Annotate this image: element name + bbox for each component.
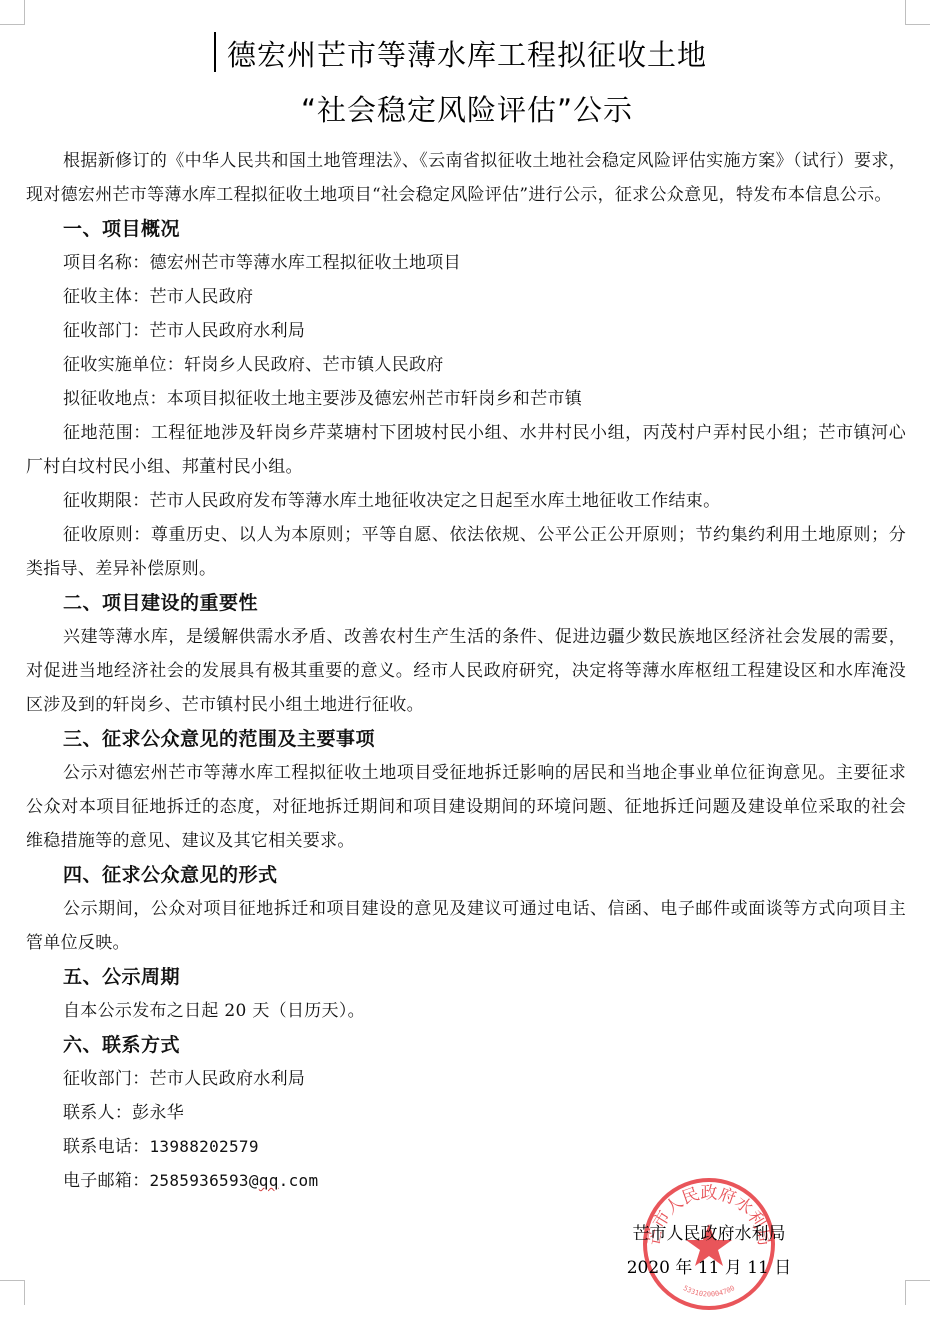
section-heading-period: 五、公示周期 bbox=[26, 960, 906, 994]
contact-phone-label: 联系电话： bbox=[63, 1137, 150, 1157]
page-corner-mark-top-left bbox=[0, 0, 25, 25]
page-corner-mark-bottom-left bbox=[0, 1280, 25, 1305]
implementing-units: 征收实施单位：轩岗乡人民政府、芒市镇人民政府 bbox=[26, 348, 906, 382]
section-heading-contact: 六、联系方式 bbox=[26, 1028, 906, 1062]
spellcheck-flagged-word[interactable]: qq bbox=[259, 1171, 279, 1190]
intro-paragraph: 根据新修订的《中华人民共和国土地管理法》、《云南省拟征收土地社会稳定风险评估实施… bbox=[26, 144, 906, 212]
document-body[interactable]: 根据新修订的《中华人民共和国土地管理法》、《云南省拟征收土地社会稳定风险评估实施… bbox=[26, 144, 906, 1198]
expropriation-department: 征收部门：芒市人民政府水利局 bbox=[26, 314, 906, 348]
official-seal-icon: 芒市人民政府水利局 5331020004700 bbox=[641, 1176, 777, 1312]
period-paragraph: 自本公示发布之日起 20 天（日历天）。 bbox=[26, 994, 906, 1028]
svg-text:5331020004700: 5331020004700 bbox=[682, 1284, 736, 1298]
section-heading-scope: 三、征求公众意见的范围及主要事项 bbox=[26, 722, 906, 756]
contact-department-value: 芒市人民政府水利局 bbox=[150, 1069, 306, 1089]
document-title-line-2[interactable]: “社会稳定风险评估”公示 bbox=[0, 88, 934, 129]
contact-email-tail: .com bbox=[279, 1171, 319, 1190]
contact-department: 征收部门：芒市人民政府水利局 bbox=[26, 1062, 906, 1096]
contact-department-label: 征收部门： bbox=[63, 1069, 150, 1089]
contact-person-value: 彭永华 bbox=[132, 1103, 184, 1123]
section-heading-importance: 二、项目建设的重要性 bbox=[26, 586, 906, 620]
page-corner-mark-top-right bbox=[905, 0, 930, 25]
form-paragraph: 公示期间，公众对项目征地拆迁和项目建设的意见及建议可通过电话、信函、电子邮件或面… bbox=[26, 892, 906, 960]
project-name: 项目名称：德宏州芒市等薄水库工程拟征收土地项目 bbox=[26, 246, 906, 280]
expropriation-principles: 征收原则：尊重历史、以人为本原则；平等自愿、依法依规、公平公正公开原则；节约集约… bbox=[26, 518, 906, 586]
section-heading-form: 四、征求公众意见的形式 bbox=[26, 858, 906, 892]
section-heading-overview: 一、项目概况 bbox=[26, 212, 906, 246]
contact-person: 联系人：彭永华 bbox=[26, 1096, 906, 1130]
expropriation-scope: 征地范围：工程征地涉及轩岗乡芹菜塘村下团坡村民小组、水井村民小组，丙茂村户弄村民… bbox=[26, 416, 906, 484]
importance-paragraph: 兴建等薄水库，是缓解供需水矛盾、改善农村生产生活的条件、促进边疆少数民族地区经济… bbox=[26, 620, 906, 722]
document-title-line-1[interactable]: 德宏州芒市等薄水库工程拟征收土地 bbox=[0, 33, 934, 74]
signature-organization: 芒市人民政府水利局 bbox=[619, 1219, 799, 1244]
contact-email-user: 2585936593@ bbox=[150, 1171, 259, 1190]
expropriation-period: 征收期限：芒市人民政府发布等薄水库土地征收决定之日起至水库土地征收工作结束。 bbox=[26, 484, 906, 518]
contact-email-label: 电子邮箱： bbox=[63, 1171, 150, 1191]
contact-phone-value: 13988202579 bbox=[150, 1137, 259, 1156]
scope-paragraph: 公示对德宏州芒市等薄水库工程拟征收土地项目受征地拆迁影响的居民和当地企事业单位征… bbox=[26, 756, 906, 858]
expropriation-location: 拟征收地点：本项目拟征收土地主要涉及德宏州芒市轩岗乡和芒市镇 bbox=[26, 382, 906, 416]
expropriation-subject: 征收主体：芒市人民政府 bbox=[26, 280, 906, 314]
contact-phone: 联系电话：13988202579 bbox=[26, 1130, 906, 1164]
contact-person-label: 联系人： bbox=[63, 1103, 132, 1123]
page-corner-mark-bottom-right bbox=[905, 1280, 930, 1305]
signature-date: 2020 年 11 月 11 日 bbox=[619, 1253, 799, 1278]
